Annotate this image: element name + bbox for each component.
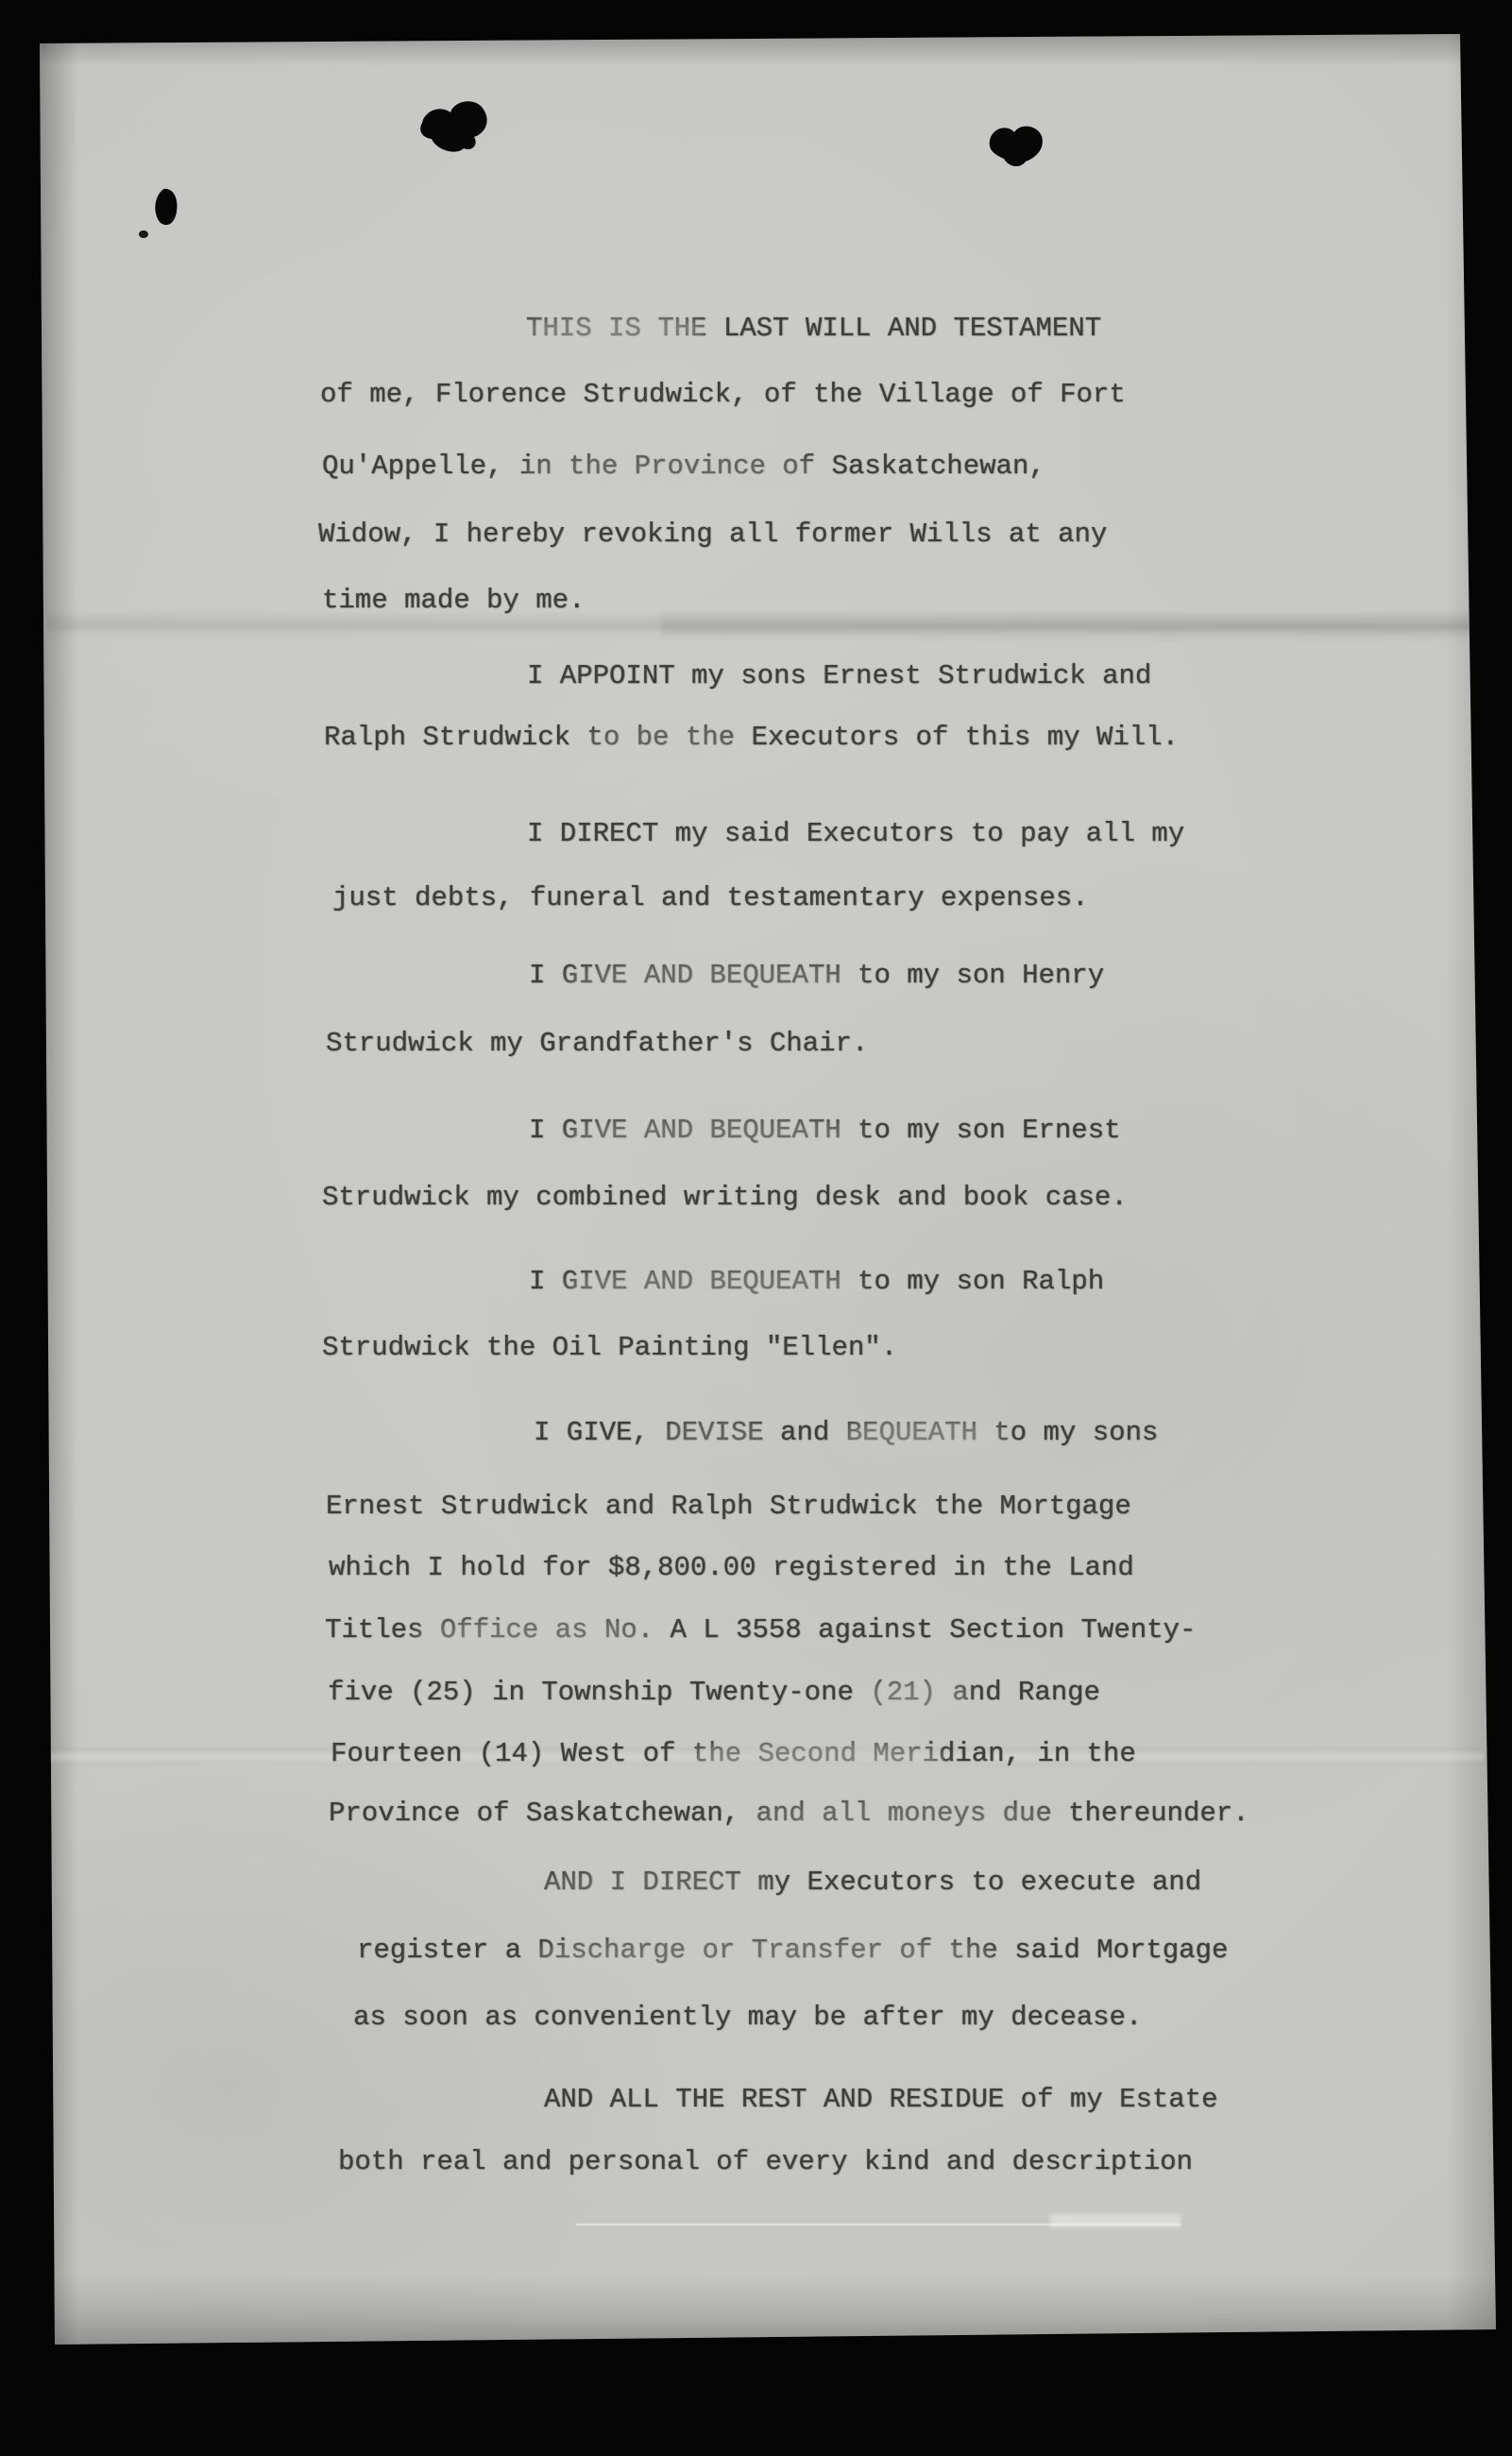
ink-blot-icon xyxy=(420,101,486,151)
ink-blot-icon xyxy=(155,189,177,225)
ink-blot-icon xyxy=(139,230,148,238)
paper-sheet: THIS IS THE LAST WILL AND TESTAMENTof me… xyxy=(0,0,1512,2456)
ink-blot-icon xyxy=(990,127,1043,166)
ink-blots-layer xyxy=(0,0,1512,2456)
scanned-will-page: THIS IS THE LAST WILL AND TESTAMENTof me… xyxy=(0,0,1512,2456)
